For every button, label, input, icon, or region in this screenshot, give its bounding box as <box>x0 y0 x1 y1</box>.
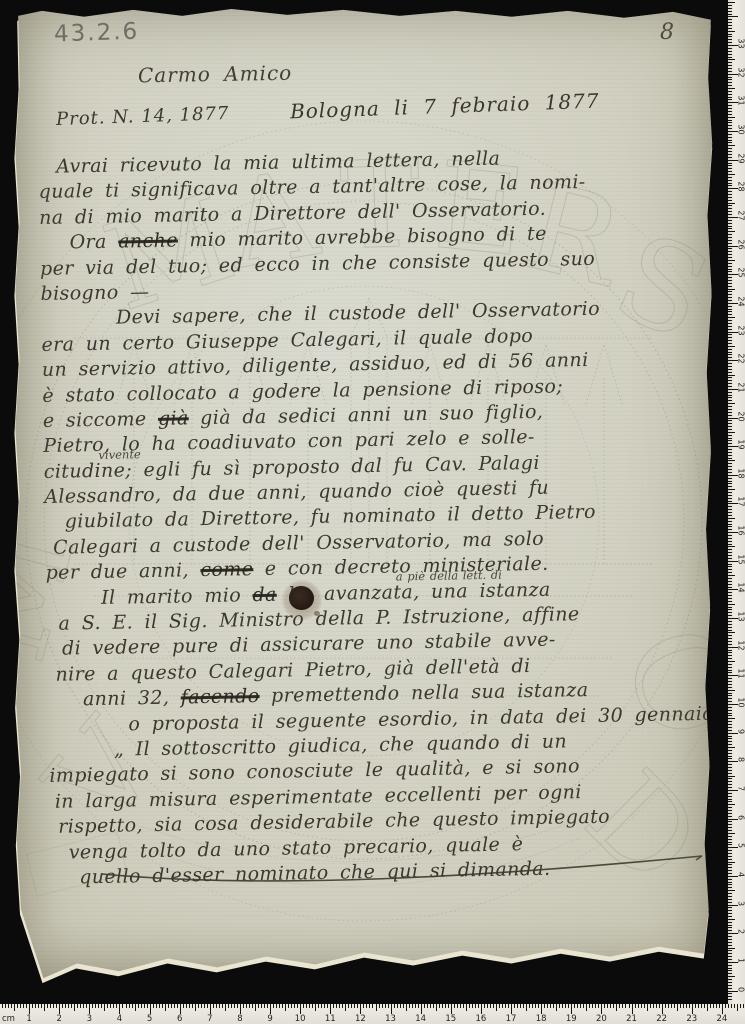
ruler-number: 10 <box>737 696 745 710</box>
ruler-tick <box>376 1004 377 1011</box>
ruler-tick <box>674 1004 675 1008</box>
ruler-tick <box>728 985 732 986</box>
ruler-tick <box>728 526 732 527</box>
ruler-tick <box>728 357 732 358</box>
ruler-tick <box>255 1004 256 1011</box>
ruler-tick <box>728 853 732 854</box>
ruler-tick <box>303 1004 304 1008</box>
ruler-tick <box>728 910 732 911</box>
ruler-tick <box>728 758 732 759</box>
ruler-tick <box>192 1004 193 1008</box>
ruler-tick <box>728 968 732 969</box>
ruler-tick <box>728 134 732 135</box>
ruler-tick <box>734 1004 735 1008</box>
ruler-tick <box>138 1004 139 1008</box>
ruler-tick <box>728 105 732 106</box>
ruler-tick <box>74 1004 75 1011</box>
ruler-tick <box>728 738 732 739</box>
ruler-tick <box>728 521 732 522</box>
ruler-tick <box>728 867 732 868</box>
ruler-tick <box>728 309 732 310</box>
ruler-tick <box>195 1004 196 1011</box>
ruler-tick <box>186 1004 187 1008</box>
ruler-tick <box>26 1004 27 1008</box>
ruler-tick <box>80 1004 81 1008</box>
ruler-tick <box>595 1004 596 1008</box>
ruler-tick <box>421 1004 422 1014</box>
ruler-tick <box>728 77 732 78</box>
ruler-tick <box>728 638 732 639</box>
ruler-tick <box>728 979 732 980</box>
ruler-tick <box>728 392 732 393</box>
ruler-tick <box>728 220 732 221</box>
ruler-tick <box>728 340 732 341</box>
ruler-tick <box>728 718 735 719</box>
ruler-tick <box>532 1004 533 1008</box>
ruler-tick <box>529 1004 530 1008</box>
ruler-tick <box>728 386 732 387</box>
ruler-tick <box>44 1004 45 1011</box>
ruler-number: 3 <box>737 896 745 910</box>
ruler-tick <box>107 1004 108 1008</box>
ruler-tick <box>728 664 732 665</box>
ruler-tick <box>240 1004 241 1014</box>
ruler-tick <box>372 1004 373 1008</box>
ruler-tick <box>472 1004 473 1008</box>
ruler-tick <box>728 744 732 745</box>
ruler-tick <box>276 1004 277 1008</box>
ruler-number: 29 <box>737 151 745 165</box>
ruler-tick <box>728 879 732 880</box>
ruler-tick <box>728 203 735 204</box>
ruler-number: 12 <box>353 1014 367 1024</box>
ruler-tick <box>728 750 732 751</box>
interlinear-insertion: a piè della lett. di <box>396 567 502 583</box>
ruler-tick <box>671 1004 672 1008</box>
ruler-tick <box>728 939 732 940</box>
ruler-tick <box>728 122 732 123</box>
ruler-tick <box>309 1004 310 1008</box>
ruler-tick <box>728 584 732 585</box>
ruler-tick <box>728 948 735 949</box>
ruler-tick <box>728 988 732 989</box>
ruler-tick <box>728 678 732 679</box>
ruler-tick <box>728 257 732 258</box>
ruler-tick <box>728 349 732 350</box>
ruler-tick <box>653 1004 654 1008</box>
ruler-tick <box>728 286 732 287</box>
ruler-number: 21 <box>737 380 745 394</box>
ruler-tick <box>728 8 732 9</box>
ruler-tick <box>728 165 732 166</box>
ruler-tick <box>668 1004 669 1008</box>
ruler-tick <box>598 1004 599 1008</box>
ruler-tick <box>493 1004 494 1008</box>
ruler-number: 12 <box>737 638 745 652</box>
ruler-tick <box>728 644 732 645</box>
ruler-tick <box>728 142 732 143</box>
ruler-tick <box>728 352 732 353</box>
ruler-tick <box>728 684 732 685</box>
ruler-tick <box>728 59 735 60</box>
ruler-tick <box>713 1004 714 1008</box>
ruler-tick <box>728 71 732 72</box>
ruler-tick <box>101 1004 102 1008</box>
ruler-tick <box>17 1004 18 1008</box>
ruler-tick <box>728 661 735 662</box>
ruler-tick <box>725 1004 726 1008</box>
ruler-tick <box>728 578 732 579</box>
ruler-tick <box>98 1004 99 1008</box>
ruler-tick <box>728 730 732 731</box>
ruler-tick <box>728 443 732 444</box>
ruler-tick <box>728 959 732 960</box>
ruler-tick <box>728 930 732 931</box>
ruler-number: 11 <box>323 1014 337 1024</box>
ruler-number: 3 <box>82 1014 96 1024</box>
ruler-number: 15 <box>737 552 745 566</box>
ruler-tick <box>234 1004 235 1008</box>
ruler-tick <box>728 698 732 699</box>
ruler-tick <box>728 157 732 158</box>
ruler-tick <box>728 481 732 482</box>
struck-out-word: anche <box>118 230 178 253</box>
ruler-tick <box>728 976 735 977</box>
ruler-tick <box>291 1004 292 1008</box>
ruler-number: 7 <box>737 781 745 795</box>
ruler-tick <box>165 1004 166 1011</box>
ruler-tick <box>728 604 735 605</box>
ruler-tick <box>141 1004 142 1008</box>
ruler-tick <box>207 1004 208 1008</box>
ruler-tick <box>511 1004 512 1014</box>
ruler-number: 9 <box>263 1014 277 1024</box>
ruler-tick <box>728 323 732 324</box>
ruler-tick <box>647 1004 648 1011</box>
ruler-tick <box>728 850 732 851</box>
ruler-tick <box>659 1004 660 1008</box>
ruler-tick <box>728 180 732 181</box>
ruler-number: 32 <box>737 65 745 79</box>
ruler-tick <box>728 409 732 410</box>
ruler-tick <box>728 993 732 994</box>
ruler-tick <box>394 1004 395 1008</box>
ruler-tick <box>574 1004 575 1008</box>
ruler-tick <box>656 1004 657 1008</box>
ruler-tick <box>728 922 732 923</box>
ruler-number: 21 <box>625 1014 639 1024</box>
ruler-tick <box>89 1004 90 1014</box>
ruler-tick <box>728 337 732 338</box>
ruler-tick <box>728 996 732 997</box>
ruler-tick <box>728 799 732 800</box>
ruler-tick <box>728 756 732 757</box>
ruler-tick <box>156 1004 157 1008</box>
ruler-tick <box>535 1004 536 1008</box>
ruler-tick <box>728 727 732 728</box>
ruler-tick <box>135 1004 136 1011</box>
ruler-number: 18 <box>737 466 745 480</box>
ruler-tick <box>728 31 735 32</box>
ruler-tick <box>728 478 732 479</box>
ruler-tick <box>728 864 732 865</box>
ruler-tick <box>219 1004 220 1008</box>
ruler-tick <box>728 483 732 484</box>
ruler-tick <box>728 120 732 121</box>
ruler-tick <box>14 1004 15 1011</box>
ruler-tick <box>710 1004 711 1008</box>
ruler-tick <box>728 830 732 831</box>
ruler-tick <box>728 870 732 871</box>
ruler-tick <box>728 300 732 301</box>
ruler-tick <box>728 472 732 473</box>
ruler-tick <box>728 707 732 708</box>
ruler-tick <box>538 1004 539 1008</box>
ruler-tick <box>728 432 735 433</box>
ruler-unit-label: cm <box>2 1014 15 1024</box>
ruler-tick <box>707 1004 708 1011</box>
ruler-tick <box>728 713 732 714</box>
interlinear-insertion: vivente <box>98 447 141 462</box>
ruler-tick <box>622 1004 623 1008</box>
ruler-tick <box>728 114 732 115</box>
ruler-tick <box>716 1004 717 1008</box>
ruler-tick <box>728 882 732 883</box>
ruler-tick <box>110 1004 111 1008</box>
ruler-tick <box>728 535 732 536</box>
archive-number: 43.2.6 <box>54 19 140 48</box>
ruler-tick <box>728 25 732 26</box>
ruler-tick <box>728 569 732 570</box>
ruler-tick <box>728 460 735 461</box>
ruler-tick <box>737 1004 738 1011</box>
ruler-tick <box>728 555 732 556</box>
ruler-tick <box>728 558 732 559</box>
ruler-tick <box>728 770 732 771</box>
ruler-tick <box>728 463 732 464</box>
ruler-number: 25 <box>737 266 745 280</box>
ruler-tick <box>728 807 732 808</box>
ruler-tick <box>689 1004 690 1008</box>
ruler-tick <box>547 1004 548 1008</box>
ruler-tick <box>728 518 735 519</box>
ruler-tick <box>728 844 732 845</box>
ruler-tick <box>728 42 732 43</box>
ruler-tick <box>38 1004 39 1008</box>
ruler-tick <box>662 1004 663 1014</box>
ruler-number: 14 <box>737 581 745 595</box>
ruler-tick <box>433 1004 434 1008</box>
ruler-number: 14 <box>414 1014 428 1024</box>
ruler-tick <box>610 1004 611 1008</box>
ruler-tick <box>728 927 732 928</box>
ruler-tick <box>41 1004 42 1008</box>
ruler-tick <box>728 251 732 252</box>
ruler-tick <box>216 1004 217 1008</box>
ruler-tick <box>439 1004 440 1008</box>
ruler-tick <box>11 1004 12 1008</box>
ruler-tick <box>8 1004 9 1008</box>
ruler-tick <box>728 269 732 270</box>
ruler-tick <box>728 598 732 599</box>
ruler-tick <box>562 1004 563 1008</box>
ruler-tick <box>50 1004 51 1008</box>
ruler-tick <box>728 366 732 367</box>
ruler-number: 9 <box>737 724 745 738</box>
ruler-tick <box>728 655 732 656</box>
ruler-tick <box>728 693 732 694</box>
ruler-tick <box>505 1004 506 1008</box>
ruler-tick <box>728 466 732 467</box>
ruler-tick <box>728 1004 729 1008</box>
ruler-tick <box>288 1004 289 1008</box>
struck-out-word: facendo <box>181 685 260 708</box>
ruler-tick <box>728 793 732 794</box>
ruler-tick <box>728 415 732 416</box>
ruler-tick <box>728 529 732 530</box>
ruler-tick <box>619 1004 620 1008</box>
ruler-tick <box>728 575 735 576</box>
ruler-tick <box>728 191 732 192</box>
ruler-tick <box>95 1004 96 1008</box>
ruler-tick <box>451 1004 452 1014</box>
ruler-tick <box>728 62 732 63</box>
ruler-tick <box>728 306 732 307</box>
ruler-tick <box>728 449 732 450</box>
ruler-tick <box>728 91 732 92</box>
ruler-tick <box>728 452 732 453</box>
ruler-number: 31 <box>737 94 745 108</box>
ruler-tick <box>728 88 735 89</box>
ruler-tick <box>104 1004 105 1011</box>
ruler-number: 11 <box>737 667 745 681</box>
ruler-tick <box>728 254 732 255</box>
ruler-tick <box>62 1004 63 1008</box>
ruler-tick <box>336 1004 337 1008</box>
ruler-tick <box>126 1004 127 1008</box>
ruler-tick <box>406 1004 407 1011</box>
ruler-tick <box>728 14 732 15</box>
ruler-number: 17 <box>737 495 745 509</box>
ruler-tick <box>728 778 732 779</box>
ruler-tick <box>454 1004 455 1008</box>
ruler-tick <box>409 1004 410 1008</box>
ruler-tick <box>728 243 732 244</box>
ruler-tick <box>728 893 732 894</box>
ruler-tick <box>297 1004 298 1008</box>
ruler-tick <box>728 128 732 129</box>
ruler-tick <box>728 632 735 633</box>
ruler-tick <box>92 1004 93 1008</box>
ruler-tick <box>692 1004 693 1014</box>
ruler-tick <box>728 51 732 52</box>
ruler-tick <box>728 343 732 344</box>
ruler-tick <box>728 486 732 487</box>
ruler-tick <box>315 1004 316 1011</box>
ruler-tick <box>728 566 732 567</box>
ruler-tick <box>728 695 732 696</box>
ruler-tick <box>728 836 732 837</box>
ruler-tick <box>728 289 735 290</box>
ruler-tick <box>122 1004 123 1008</box>
ruler-tick <box>728 329 732 330</box>
ruler-tick <box>728 383 732 384</box>
ruler-tick <box>728 48 732 49</box>
ruler-tick <box>728 354 732 355</box>
ruler-tick <box>728 945 732 946</box>
ruler-tick <box>728 953 732 954</box>
ruler-tick <box>728 839 732 840</box>
ruler-tick <box>728 907 732 908</box>
ruler-tick <box>728 916 732 917</box>
ruler-tick <box>728 495 732 496</box>
ruler-tick <box>728 899 732 900</box>
ruler-horizontal: cm12345678910111213141516171819202122232… <box>0 1004 745 1024</box>
ruler-tick <box>327 1004 328 1008</box>
ruler-tick <box>728 965 732 966</box>
ruler-tick <box>129 1004 130 1008</box>
ruler-tick <box>430 1004 431 1008</box>
ruler-tick <box>728 859 732 860</box>
ruler-tick <box>460 1004 461 1008</box>
ruler-number: 27 <box>737 208 745 222</box>
ruler-tick <box>728 277 732 278</box>
ruler-number: 13 <box>384 1014 398 1024</box>
ruler-tick <box>728 492 732 493</box>
ruler-number: 8 <box>233 1014 247 1024</box>
ruler-tick <box>210 1004 211 1014</box>
ruler-tick <box>728 970 732 971</box>
ruler-tick <box>23 1004 24 1008</box>
ruler-tick <box>625 1004 626 1008</box>
protocol-number: Prot. N. 14, 1877 <box>56 103 230 130</box>
ruler-tick <box>728 681 732 682</box>
ruler-tick <box>728 326 732 327</box>
ruler-tick <box>508 1004 509 1008</box>
ruler-number: 24 <box>737 294 745 308</box>
ruler-tick <box>728 787 732 788</box>
ruler-tick <box>695 1004 696 1008</box>
ruler-tick <box>391 1004 392 1014</box>
ruler-tick <box>86 1004 87 1008</box>
ruler-tick <box>728 635 732 636</box>
ruler-tick <box>728 420 732 421</box>
ruler-tick <box>728 117 735 118</box>
ruler-tick <box>728 82 732 83</box>
ruler-tick <box>514 1004 515 1008</box>
ruler-tick <box>728 429 732 430</box>
ruler-tick <box>728 552 732 553</box>
ruler-tick <box>728 151 732 152</box>
ruler-tick <box>728 801 732 802</box>
ruler-tick <box>728 412 732 413</box>
ruler-tick <box>728 842 732 843</box>
ruler-tick <box>728 200 732 201</box>
ruler-tick <box>728 925 732 926</box>
ruler-tick <box>189 1004 190 1008</box>
ruler-tick <box>171 1004 172 1008</box>
ruler-tick <box>183 1004 184 1008</box>
ruler-tick <box>728 185 732 186</box>
ruler-tick <box>635 1004 636 1008</box>
ruler-tick <box>728 280 732 281</box>
ruler-tick <box>728 403 735 404</box>
ruler-tick <box>728 687 732 688</box>
ruler-number: 19 <box>564 1014 578 1024</box>
ruler-tick <box>728 767 732 768</box>
ruler-tick <box>728 214 732 215</box>
ruler-tick <box>728 2 735 3</box>
